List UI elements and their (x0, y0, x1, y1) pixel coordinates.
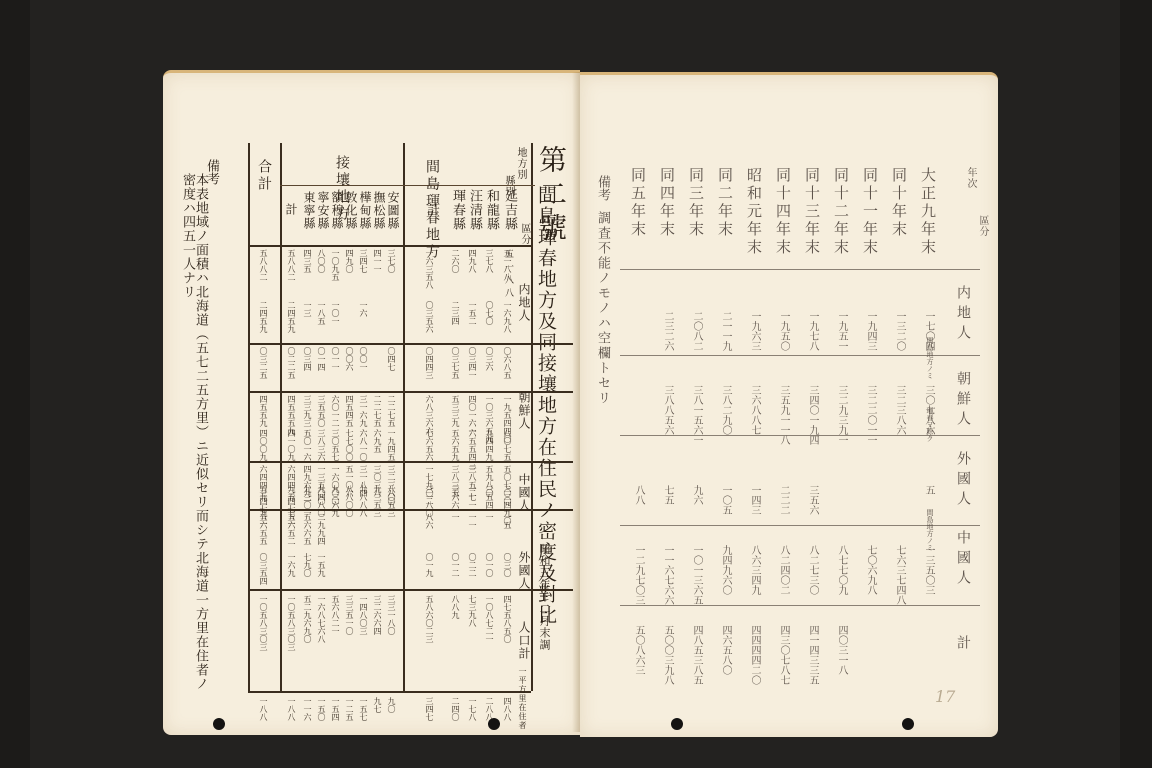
table-cell: 〇三六 (485, 347, 493, 371)
corner-header-category: 區分 (977, 215, 987, 237)
table-cell: 一八八 (287, 697, 295, 721)
yearly-cell: 四〇三一八 (836, 625, 846, 675)
table-cell: 三三一八〇 (387, 595, 395, 635)
table-cell: 八〇〇 (317, 249, 325, 273)
total-cell: 四五五九 (259, 395, 267, 427)
table-cell: 四八八 (503, 697, 511, 721)
subheader-line (280, 185, 535, 186)
table-cell: 一四八〇三 (359, 595, 367, 635)
table-cell: 三五四 (485, 485, 493, 509)
table-cell: 一五七 (359, 697, 367, 721)
table-cell: 〇一四 (317, 347, 325, 371)
table-cell: 五六八二一 (331, 595, 339, 635)
table-cell: 五一八八 (503, 249, 511, 281)
yearly-cell: 八六三四九 (749, 545, 759, 595)
row-label-population-total: 人口計 (518, 621, 530, 660)
table-border-right (531, 143, 533, 691)
table-cell: 一三 (303, 301, 311, 317)
note-label: 備考 (596, 175, 609, 201)
table-cell: 五六五九 (451, 429, 459, 461)
table-cell: 五二九六九〇 (303, 595, 311, 643)
table-cell: 五三三九 (451, 395, 459, 427)
table-cell: 〇一九 (425, 553, 433, 577)
divider-adjacent-totals (280, 143, 282, 691)
table-cell: 九八八八 (359, 485, 367, 517)
total-cell: 〇三二五 (259, 347, 267, 379)
total-cell: 五八八二 (259, 249, 267, 281)
yearly-cell: 一三二〇 (894, 311, 904, 351)
table-cell: 九〇 (387, 697, 395, 713)
corner-header-top: 地方別 (515, 147, 525, 180)
table-cell: 一六 (359, 301, 367, 317)
row-label-korean: 朝鮮人 (956, 371, 970, 431)
table-cell: 八八九 (451, 595, 459, 619)
yearly-cell: 五 (923, 485, 933, 495)
table-cell: 一五四 (331, 697, 339, 721)
yearly-cell: 七〇六九八 (865, 545, 875, 595)
county-kando-total: 計 (425, 203, 438, 217)
yearly-cell: 七五 (662, 485, 672, 505)
year-header: 同十年末 (891, 167, 906, 239)
table-cell: 一〇八七二一 (485, 595, 493, 643)
table-cell: 一 (485, 513, 493, 521)
yearly-cell: 一〇五 (720, 485, 730, 515)
yearly-cell: 三四〇一九四 (807, 385, 817, 445)
table-cell: 三六六 (451, 485, 459, 509)
left-page: 第二號 間島琿春地方及同接壤地方在住民ノ密度及對比 昭和五年十二月末調 間島琿春… (163, 70, 580, 735)
yearly-cell: 一七〇四 (923, 311, 933, 351)
yearly-cell: 四六五八〇 (720, 625, 730, 675)
table-cell: 九二六九 (331, 485, 339, 517)
table-cell: 二二七五 (373, 395, 381, 427)
yearly-cell: 九四九六〇 (720, 545, 730, 595)
year-header: 同十四年末 (775, 167, 790, 257)
table-cell: 五八八二 (287, 249, 295, 281)
table-cell: 二四〇 (451, 697, 459, 721)
table-cell: 一六九 (287, 553, 295, 577)
header-bottom-line (620, 269, 980, 270)
table-cell: 七六五六 (425, 429, 433, 461)
table-cell: 八六 (425, 513, 433, 529)
yearly-cell: 三六八八七 (749, 385, 759, 435)
table-cell: 〇〇六 (345, 347, 353, 371)
right-page: 年次 區分 内地人 朝鮮人 外國人 中國人 計 間島地方ノミ 琿春ヲ除ク 間島地… (580, 72, 998, 737)
yearly-cell: 三二三八六 (894, 385, 904, 435)
yearly-cell: 一九五〇 (778, 311, 788, 351)
yearly-cell: 一九五一 (836, 311, 846, 351)
table-cell: 〇二二五 (287, 347, 295, 379)
table-cell: 九三五三 (373, 485, 381, 517)
table-cell: 四一一 (373, 249, 381, 273)
year-header: 同十二年末 (833, 167, 848, 257)
table-cell: 八〇七五 (503, 429, 511, 461)
table-cell: 〇〇一 (359, 347, 367, 371)
table-cell: 三四七 (359, 249, 367, 273)
row-line-chinese (620, 605, 980, 606)
yearly-cell: 四八五三八五 (691, 625, 701, 685)
year-header: 同四年末 (659, 167, 674, 239)
row-label-japanese: 内地人 (956, 285, 970, 345)
table-cell: 六〇一二 (331, 395, 339, 427)
table-cell: 一七一 (468, 485, 476, 509)
yearly-cell: 一九六三 (749, 311, 759, 351)
yearly-cell: 三〇七八六 (923, 385, 933, 435)
yearly-cell: 九六 (691, 485, 701, 505)
table-cell: 五六六五 (303, 513, 311, 545)
note-text: 調査不能ノモノハ空欄トセリ (596, 211, 609, 406)
yearly-cell: 二三二六 (662, 311, 672, 351)
table-cell: 七七〇〇 (345, 429, 353, 461)
table-cell: 九四四九 (485, 429, 493, 461)
table-cell: 〇三〇 (503, 553, 511, 577)
header-row-line (248, 245, 531, 247)
table-cell: 〇二二 (468, 553, 476, 577)
table-cell: 二二七五 (387, 395, 395, 427)
table-cell: 二四五九 (287, 301, 295, 333)
table-cell: 三三五一〇 (345, 595, 353, 635)
table-cell: 〇三四一 (468, 347, 476, 379)
binding-hole (902, 718, 914, 730)
table-bottom-line (248, 691, 531, 693)
yearly-cell: 四一四三三五 (807, 625, 817, 685)
table-cell: 一七八 (468, 697, 476, 721)
table-cell: 一五九 (317, 553, 325, 577)
yearly-cell: 三二九三九一 (836, 385, 846, 445)
yearly-cell: 二一一九 (720, 311, 730, 351)
county-wangqing: 汪清縣 (468, 189, 481, 231)
table-cell: 一〇五八三〇三 (287, 595, 295, 651)
table-cell: 三五五〇 (317, 395, 325, 427)
yearly-cell: 二二二 (778, 485, 788, 515)
yearly-cell: 一三五〇三 (923, 545, 933, 595)
year-header: 昭和元年末 (746, 167, 761, 257)
table-cell: 四三五 (303, 249, 311, 273)
table-cell: 一二五 (345, 697, 353, 721)
table-cell: 一六三五八 (425, 249, 433, 289)
year-header: 同五年末 (630, 167, 645, 239)
row-line-3 (248, 461, 573, 463)
table-cell: 〇四七 (387, 347, 395, 371)
table-cell: 一一 (468, 513, 476, 529)
yearly-cell: 一一六七六六 (662, 545, 672, 605)
year-header: 同三年末 (688, 167, 703, 239)
yearly-cell: 四三〇七八七 (778, 625, 788, 685)
note-text: 本表地域ノ面積ハ北海道（五七二五方里）ニ近似セリ而シテ北海道一方里在住者ノ密度ハ… (181, 173, 207, 693)
yearly-cell: 一二九七〇三 (633, 545, 643, 605)
county-emu: 額穆縣 (331, 191, 343, 230)
yearly-cell: 八二七三〇 (807, 545, 817, 595)
yearly-cell: 八八 (633, 485, 643, 505)
yearly-cell: 三八二九〇 (720, 385, 730, 435)
corner-header-year: 年次 (965, 167, 975, 189)
yearly-cell: 一九四三 (865, 311, 875, 351)
yearly-cell: 三五九一一八 (778, 385, 788, 445)
table-cell: 一〇九五 (331, 249, 339, 281)
year-header: 同十三年末 (804, 167, 819, 257)
table-cell: 六五五四三 (468, 429, 476, 469)
yearly-cell: 一九七八 (807, 311, 817, 351)
total-cell: 二四五九 (259, 301, 267, 333)
table-cell: 四五四五 (345, 395, 353, 427)
table-cell: 四七五八五〇 (503, 595, 511, 643)
county-yanji: 延吉縣 (503, 189, 516, 231)
row-line-1 (248, 343, 573, 345)
yearly-cell: 四四四四二〇 (749, 625, 759, 685)
pencil-page-mark: 17 (935, 687, 955, 706)
county-fusong: 撫松縣 (373, 191, 385, 230)
row-label-korean: 朝鮮人 (518, 391, 530, 430)
table-cell: 二九九四 (317, 513, 325, 545)
table-cell: 三七〇 (387, 249, 395, 273)
row-label-japanese: 内地人 (518, 283, 530, 322)
table-cell: 一 (451, 513, 459, 521)
table-cell: 五六五二 (287, 513, 295, 545)
table-cell: 三〇五七 (331, 429, 339, 461)
table-cell: 〇一〇 (485, 553, 493, 577)
table-cell: 一五二 (468, 301, 476, 325)
table-cell: 六八一〇 (359, 429, 367, 461)
row-label-total: 計 (956, 635, 970, 650)
row-label-chinese: 中國人 (956, 530, 970, 590)
table-cell: 三八三六 (317, 429, 325, 461)
total-cell: 四〇〇九 (259, 429, 267, 461)
table-cell: 〇一二 (451, 553, 459, 577)
table-cell: 一八五 (317, 301, 325, 325)
table-cell: 八〇五三 (387, 485, 395, 517)
county-dunhua: 敦化縣 (345, 191, 357, 230)
table-cell: 三七八 (485, 249, 493, 273)
table-cell: 四九八 (468, 249, 476, 273)
table-cell: 五八六〇二三 (425, 595, 433, 643)
county-dongning: 東寧縣 (303, 191, 315, 230)
table-cell: 三三九三 (303, 395, 311, 427)
binding-hole (671, 718, 683, 730)
row-label-density: 一平方里在住者 (518, 667, 526, 730)
yearly-cell: 七六三七四八 (894, 545, 904, 605)
total-cell: 〇三五四 (259, 553, 267, 585)
row-label-foreign: 外國人 (518, 551, 530, 590)
yearly-cell: 五〇八六三 (633, 625, 643, 675)
county-huadian: 樺甸縣 (359, 191, 371, 230)
table-cell: 一〇一 (331, 301, 339, 325)
yearly-cell: 八七七〇九 (836, 545, 846, 595)
divider-totals-notes (248, 143, 250, 691)
row-label-chinese: 中國人 (518, 473, 530, 512)
yearly-cell: 一〇一三六五 (691, 545, 701, 605)
table-cell: 七三九八 (468, 595, 476, 627)
yearly-cell: 三五六 (807, 485, 817, 515)
year-header: 大正九年末 (920, 167, 935, 257)
table-cell: 一九四五 (387, 429, 395, 461)
table-cell: 一六八七六八 (317, 595, 325, 643)
table-cell: 〇一一 (331, 347, 339, 371)
survey-date: 昭和五年十二月末調 (539, 543, 550, 651)
yearly-cell: 八二四〇二 (778, 545, 788, 595)
total-cell: 一八八 (259, 697, 267, 721)
total-cell: 五六五五 (259, 513, 267, 545)
divider-kando-adjacent (403, 143, 405, 691)
table-cell: 〇三五六 (425, 301, 433, 333)
total-cell: 一〇五八三〇三 (259, 595, 267, 651)
table-cell: 三一六九 (359, 395, 367, 427)
county-ningan: 寧安縣 (317, 191, 329, 230)
year-header: 同二年末 (717, 167, 732, 239)
table-cell: 三二六六四 (373, 595, 381, 635)
table-cell: 五〇一六 (303, 429, 311, 461)
table-cell: 一六九八 (503, 301, 511, 333)
binding-hole (213, 718, 225, 730)
table-cell: 二三四 (451, 301, 459, 325)
binding-hole (488, 718, 500, 730)
table-cell: 一一六 (303, 697, 311, 721)
table-cell: 〇三七五 (451, 347, 459, 379)
yearly-cell: 五〇〇三九八 (662, 625, 672, 685)
table-cell: 一五 (503, 513, 511, 529)
row-label-foreign: 外國人 (956, 451, 970, 511)
table-cell: 九七 (373, 697, 381, 713)
county-adjacent-total: 計 (285, 203, 297, 216)
county-hunchun: 琿春縣 (451, 189, 464, 231)
yearly-cell: 二〇八二 (691, 311, 701, 351)
table-cell: 八八〇〇 (345, 485, 353, 517)
corner-header-right: 區分 (519, 223, 529, 245)
yearly-cell: 三二二〇一一 (865, 385, 875, 445)
table-cell: 四一〇九 (287, 429, 295, 461)
table-cell: 一五〇 (317, 697, 325, 721)
county-helong: 和龍縣 (485, 189, 498, 231)
table-cell: 〇四四三 (425, 347, 433, 379)
yearly-cell: 三八一五六一 (691, 385, 701, 445)
county-antu: 安圖縣 (387, 191, 399, 230)
table-cell: 六九五 (373, 429, 381, 453)
table-cell: 七九〇 (303, 553, 311, 577)
yearly-cell: 一四三 (749, 485, 759, 515)
table-cell: 四九〇 (345, 249, 353, 273)
table-cell: 〇三四 (303, 347, 311, 371)
table-cell: 〇七〇 (485, 301, 493, 325)
table-cell: 二六〇 (451, 249, 459, 273)
grand-total-label: 合計 (257, 159, 271, 193)
table-cell: 三四七 (425, 697, 433, 721)
yearly-cell: 三八八五六 (662, 385, 672, 435)
year-header: 同十一年末 (862, 167, 877, 257)
table-cell: 〇六八五 (503, 347, 511, 379)
